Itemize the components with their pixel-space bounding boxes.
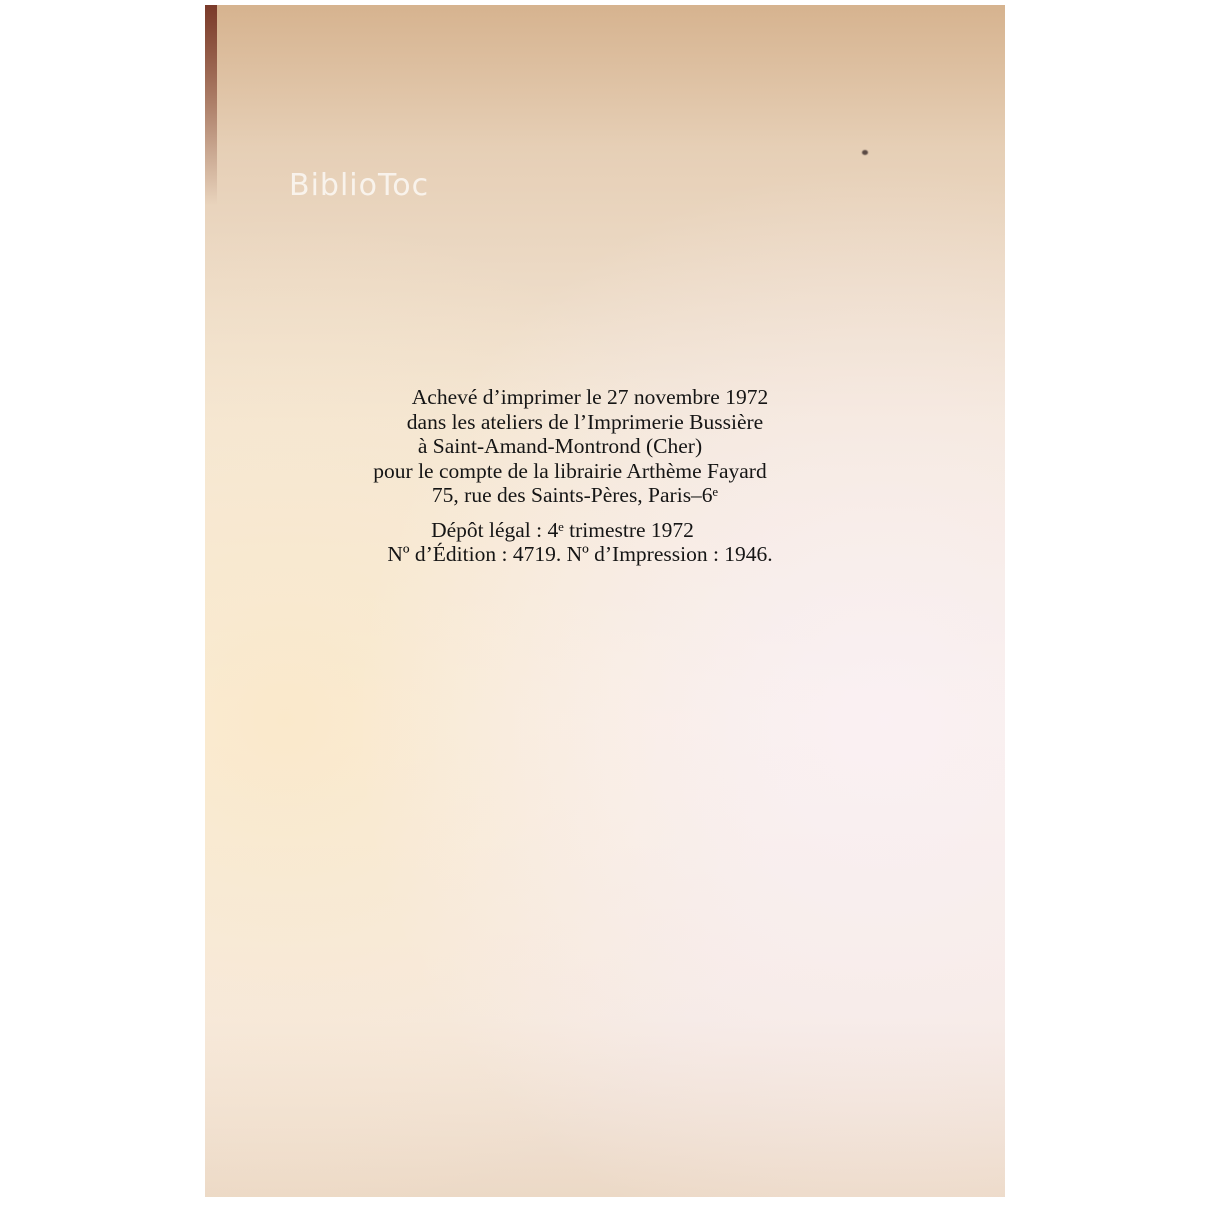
colophon-line-print-date: Achevé d’imprimer le 27 novembre 1972 (340, 385, 840, 410)
colophon-line-printer: dans les ateliers de l’Imprimerie Bussiè… (330, 410, 840, 435)
colophon-line-publisher: pour le compte de la librairie Arthème F… (300, 459, 840, 484)
watermark-logo: BiblioToc (289, 168, 429, 203)
spacer (300, 508, 840, 518)
colophon-line-legal-deposit: Dépôt légal : 4ᵉ trimestre 1972 (285, 518, 840, 543)
colophon-line-edition-numbers: Nº d’Édition : 4719. Nº d’Impression : 1… (320, 542, 840, 567)
printer-colophon: Achevé d’imprimer le 27 novembre 1972 da… (300, 385, 840, 567)
colophon-line-location: à Saint-Amand-Montrond (Cher) (280, 434, 840, 459)
colophon-line-address: 75, rue des Saints-Pères, Paris–6ᵉ (310, 483, 840, 508)
paper-speck (862, 150, 868, 155)
